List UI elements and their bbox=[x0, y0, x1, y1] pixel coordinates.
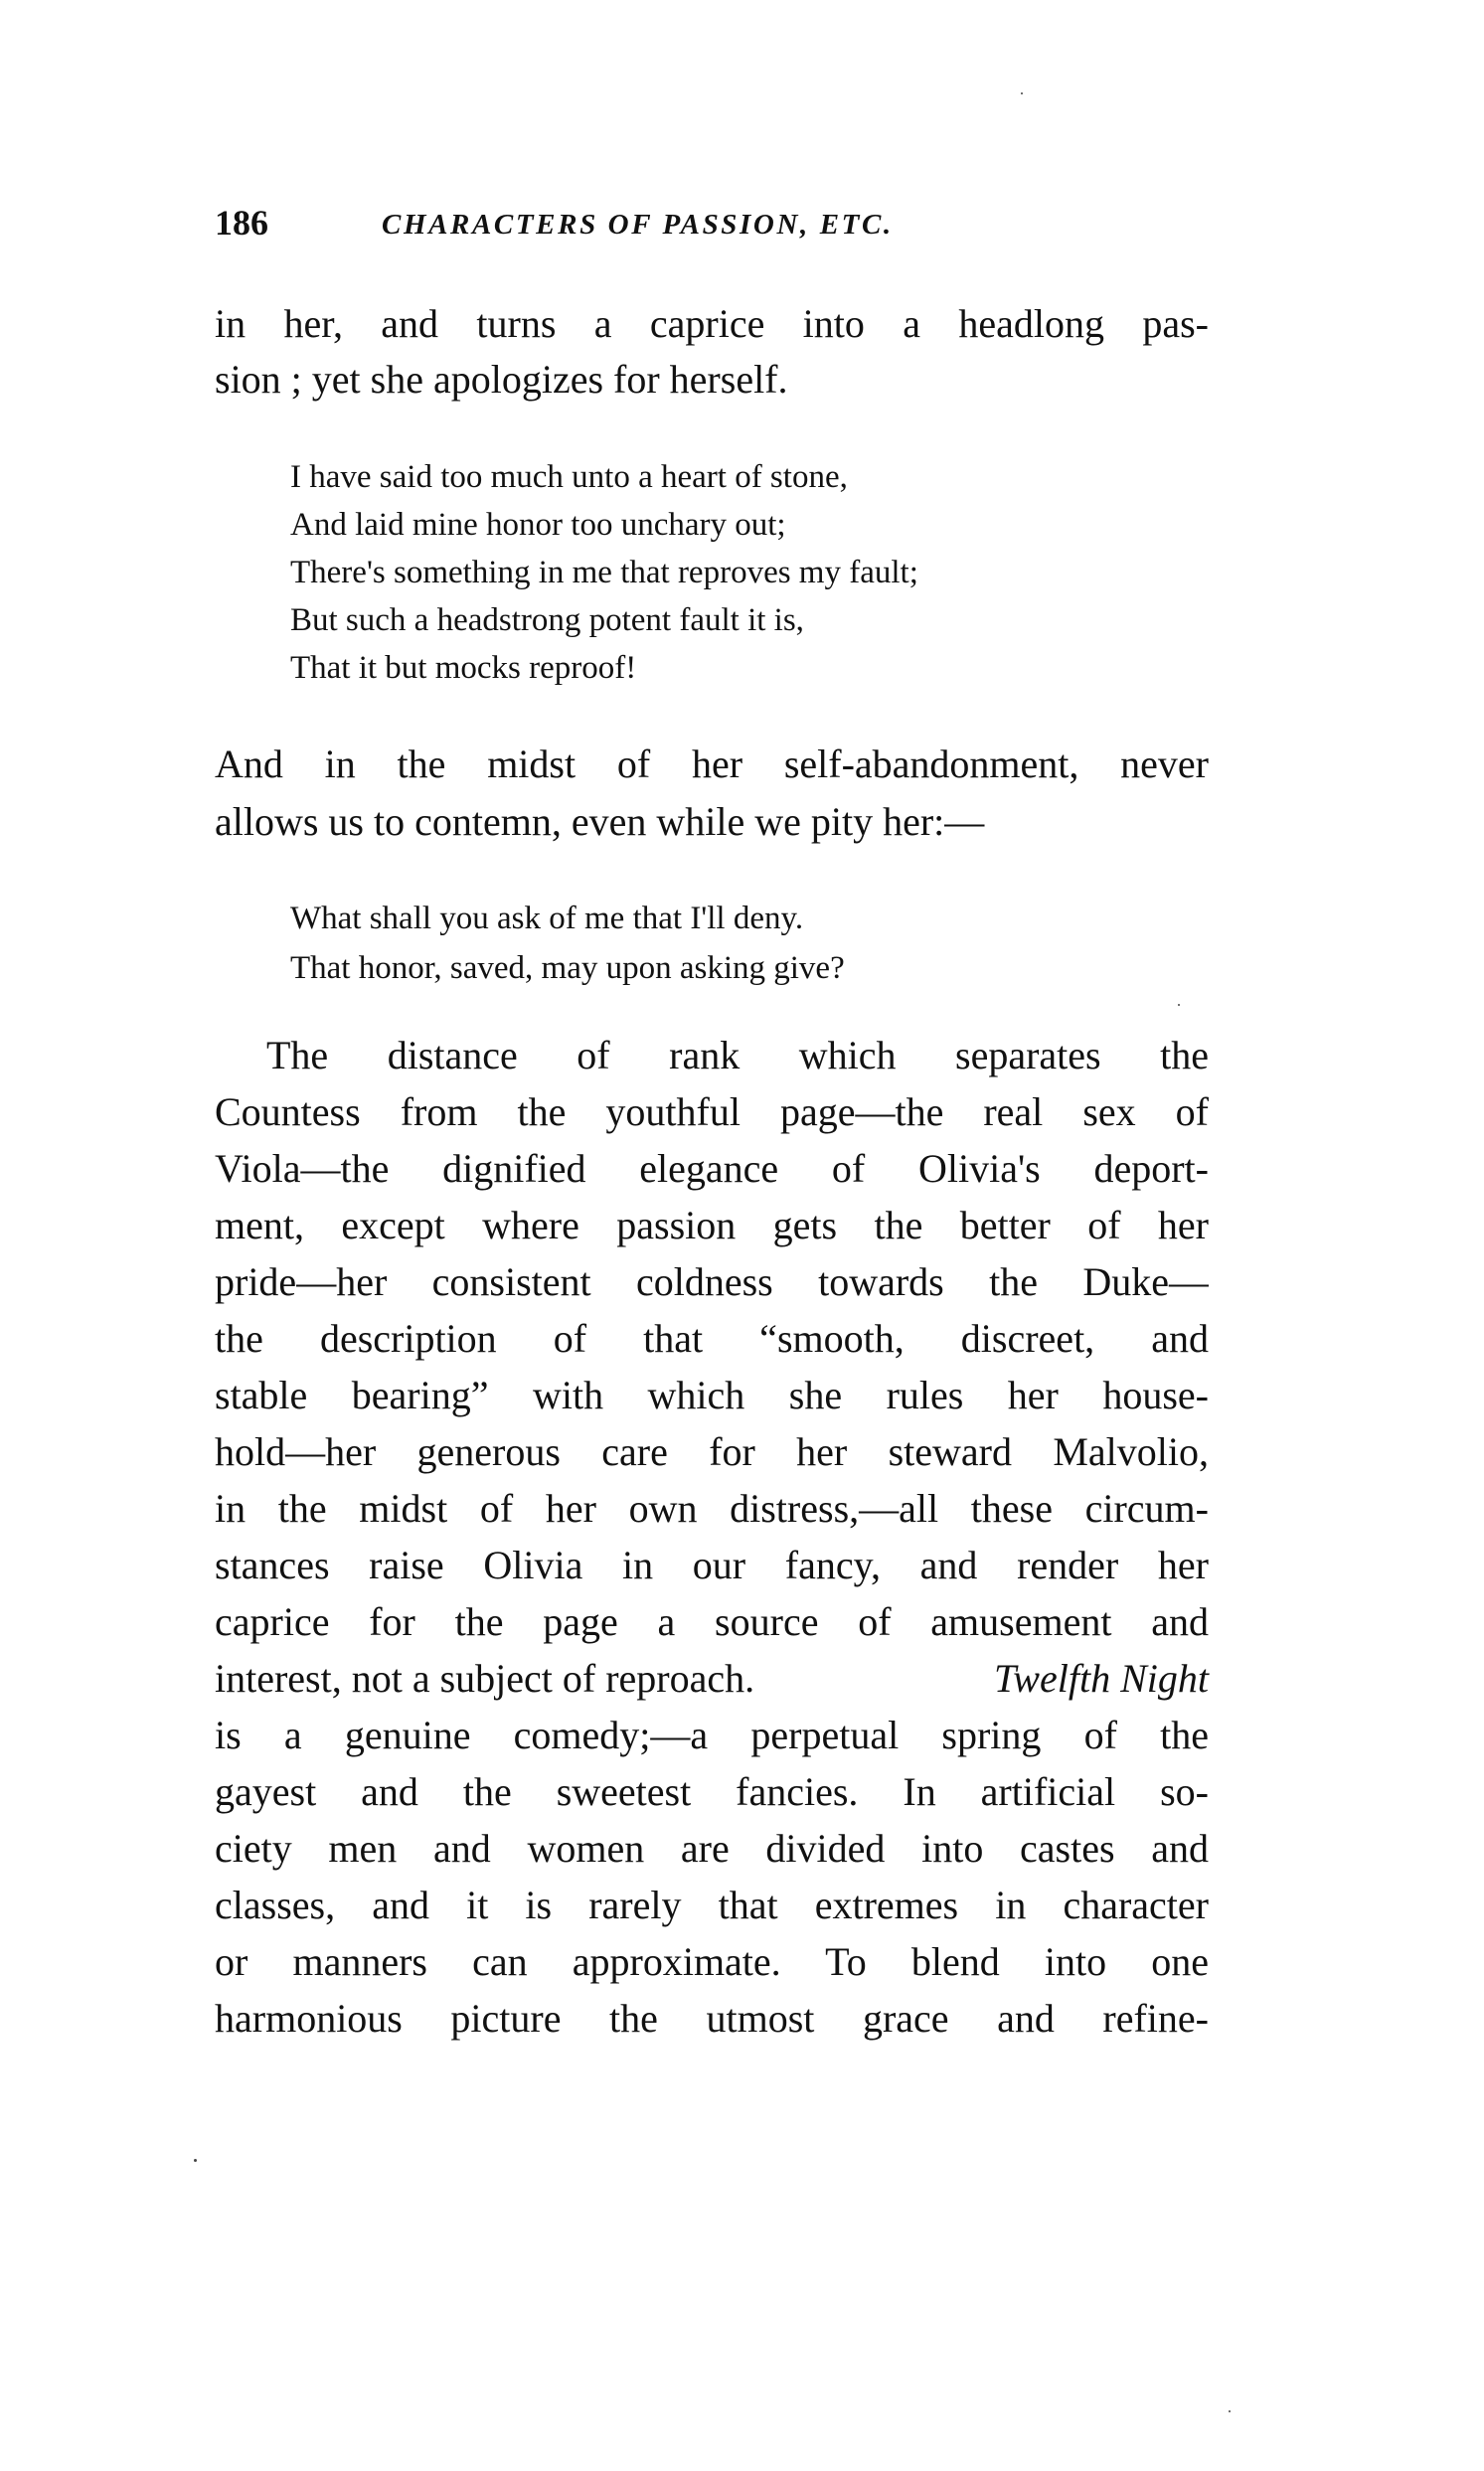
text-line: pride—her consistent coldness towards th… bbox=[215, 1258, 1209, 1308]
text-line: stable bearing” with which she rules her… bbox=[215, 1372, 1209, 1421]
running-title: CHARACTERS OF PASSION, ETC. bbox=[382, 207, 894, 243]
verse-line: What shall you ask of me that I'll deny. bbox=[290, 897, 803, 940]
text-line: sion ; yet she apologizes for herself. bbox=[215, 356, 1209, 404]
text-line: interest, not a subject of reproach. Twe… bbox=[215, 1655, 1209, 1703]
text-line: or manners can approximate. To blend int… bbox=[215, 1938, 1209, 1988]
text-line: the description of that “smooth, discree… bbox=[215, 1315, 1209, 1365]
text-line: in the midst of her own distress,—all th… bbox=[215, 1485, 1209, 1535]
page-number: 186 bbox=[215, 203, 268, 243]
verse-line: And laid mine honor too unchary out; bbox=[290, 503, 786, 547]
text-line: stances raise Olivia in our fancy, and r… bbox=[215, 1542, 1209, 1591]
text-segment: interest, not a subject of reproach. bbox=[215, 1655, 754, 1703]
text-line: harmonious picture the utmost grace and … bbox=[215, 1995, 1209, 2045]
scan-speck bbox=[1178, 1004, 1180, 1006]
text-line: And in the midst of her self-abandonment… bbox=[215, 741, 1209, 790]
verse-line: There's something in me that reproves my… bbox=[290, 551, 918, 594]
text-line: gayest and the sweetest fancies. In arti… bbox=[215, 1768, 1209, 1818]
verse-line: That it but mocks reproof! bbox=[290, 646, 636, 690]
verse-line: That honor, saved, may upon asking give? bbox=[290, 946, 845, 990]
text-line: is a genuine comedy;—a perpetual spring … bbox=[215, 1712, 1209, 1761]
text-line: classes, and it is rarely that extremes … bbox=[215, 1882, 1209, 1931]
scan-speck bbox=[1229, 2410, 1231, 2412]
text-line: allows us to contemn, even while we pity… bbox=[215, 798, 1209, 846]
text-line: caprice for the page a source of amuseme… bbox=[215, 1598, 1209, 1648]
running-head: 186 CHARACTERS OF PASSION, ETC. bbox=[215, 203, 1089, 243]
text-line: The distance of rank which separates the bbox=[266, 1032, 1209, 1081]
text-line: in her, and turns a caprice into a headl… bbox=[215, 300, 1209, 350]
play-title-italic: Twelfth Night bbox=[994, 1655, 1209, 1703]
verse-line: But such a headstrong potent fault it is… bbox=[290, 598, 804, 642]
verse-line: I have said too much unto a heart of sto… bbox=[290, 455, 848, 499]
text-line: ciety men and women are divided into cas… bbox=[215, 1825, 1209, 1875]
text-line: hold—her generous care for her steward M… bbox=[215, 1428, 1209, 1478]
text-line: Countess from the youthful page—the real… bbox=[215, 1088, 1209, 1138]
book-page: 186 CHARACTERS OF PASSION, ETC. in her, … bbox=[0, 0, 1484, 2471]
text-line: ment, except where passion gets the bett… bbox=[215, 1202, 1209, 1251]
scan-speck bbox=[1021, 92, 1023, 94]
text-line: Viola—the dignified elegance of Olivia's… bbox=[215, 1145, 1209, 1195]
scan-speck bbox=[194, 2159, 197, 2162]
